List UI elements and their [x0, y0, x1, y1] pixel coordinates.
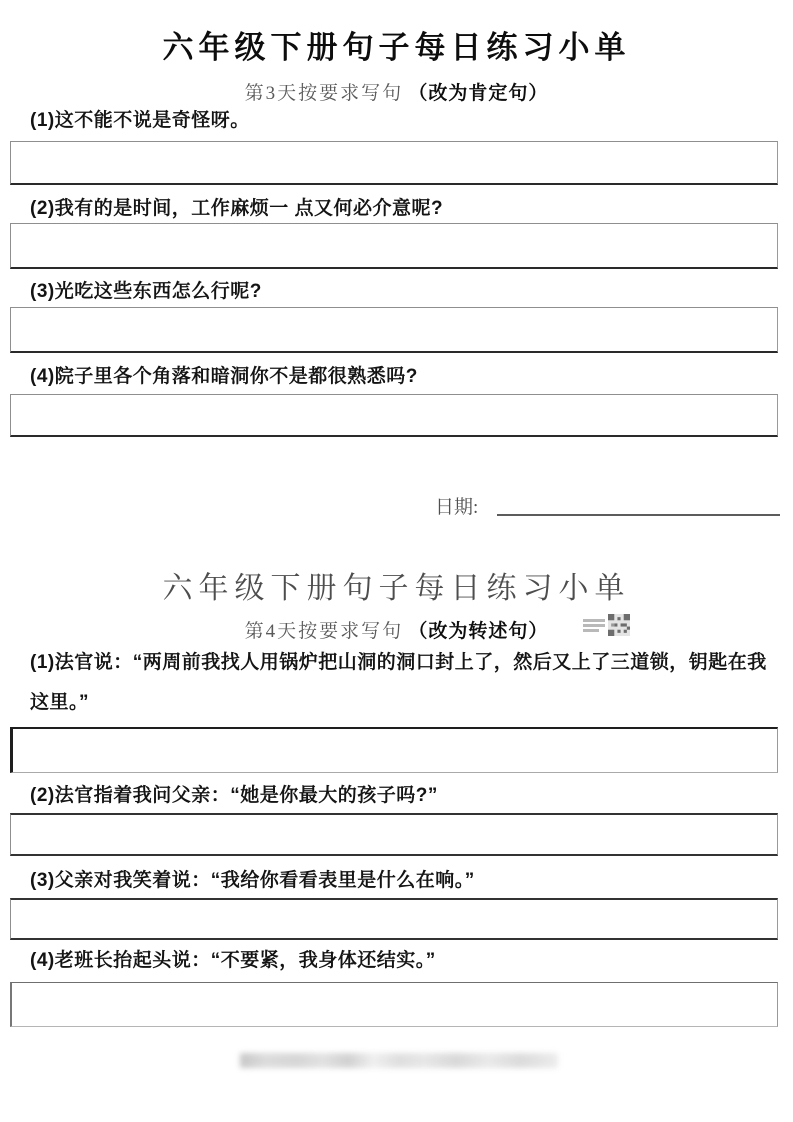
question-d4-3: (3)父亲对我笑着说：“我给你看看表里是什么在响。” — [30, 861, 775, 901]
answer-box-d4-4[interactable] — [10, 982, 778, 1027]
question-d3-4: (4)院子里各个角落和暗洞你不是都很熟悉吗? — [30, 357, 775, 397]
answer-box-d4-2[interactable] — [10, 813, 778, 856]
publisher-watermark — [583, 614, 630, 636]
answer-box-d3-1[interactable] — [10, 141, 778, 185]
blurred-watermark — [240, 1053, 558, 1068]
date-fill-line[interactable] — [497, 494, 780, 516]
qr-code-icon — [608, 614, 630, 636]
answer-box-d4-1[interactable] — [10, 727, 778, 773]
section-subtitle-day4: 第4天按要求写句 （改为转述句） — [0, 616, 793, 643]
answer-box-d3-3[interactable] — [10, 307, 778, 353]
worksheet-page: 六年级下册句子每日练习小单 第3天按要求写句 （改为肯定句） (1)这不能不说是… — [0, 0, 793, 1122]
question-d4-1: (1)法官说：“两周前我找人用锅炉把山洞的洞口封上了，然后又上了三道锁，钥匙在我… — [30, 643, 775, 723]
subtitle-type-label: （改为转述句） — [408, 621, 548, 642]
subtitle-day-label: 第4天按要求写句 — [245, 621, 404, 642]
question-d4-2: (2)法官指着我问父亲：“她是你最大的孩子吗?” — [30, 776, 775, 816]
answer-box-d3-4[interactable] — [10, 394, 778, 437]
question-d3-1: (1)这不能不说是奇怪呀。 — [30, 101, 775, 141]
question-d4-4: (4)老班长抬起头说：“不要紧，我身体还结实。” — [30, 941, 775, 981]
date-label: 日期: — [435, 492, 478, 519]
page-title-day3: 六年级下册句子每日练习小单 — [0, 22, 793, 67]
watermark-text-lines — [583, 619, 605, 632]
answer-box-d3-2[interactable] — [10, 223, 778, 269]
page-title-day4: 六年级下册句子每日练习小单 — [0, 563, 793, 607]
answer-box-d4-3[interactable] — [10, 898, 778, 940]
question-d3-3: (3)光吃这些东西怎么行呢? — [30, 272, 775, 312]
